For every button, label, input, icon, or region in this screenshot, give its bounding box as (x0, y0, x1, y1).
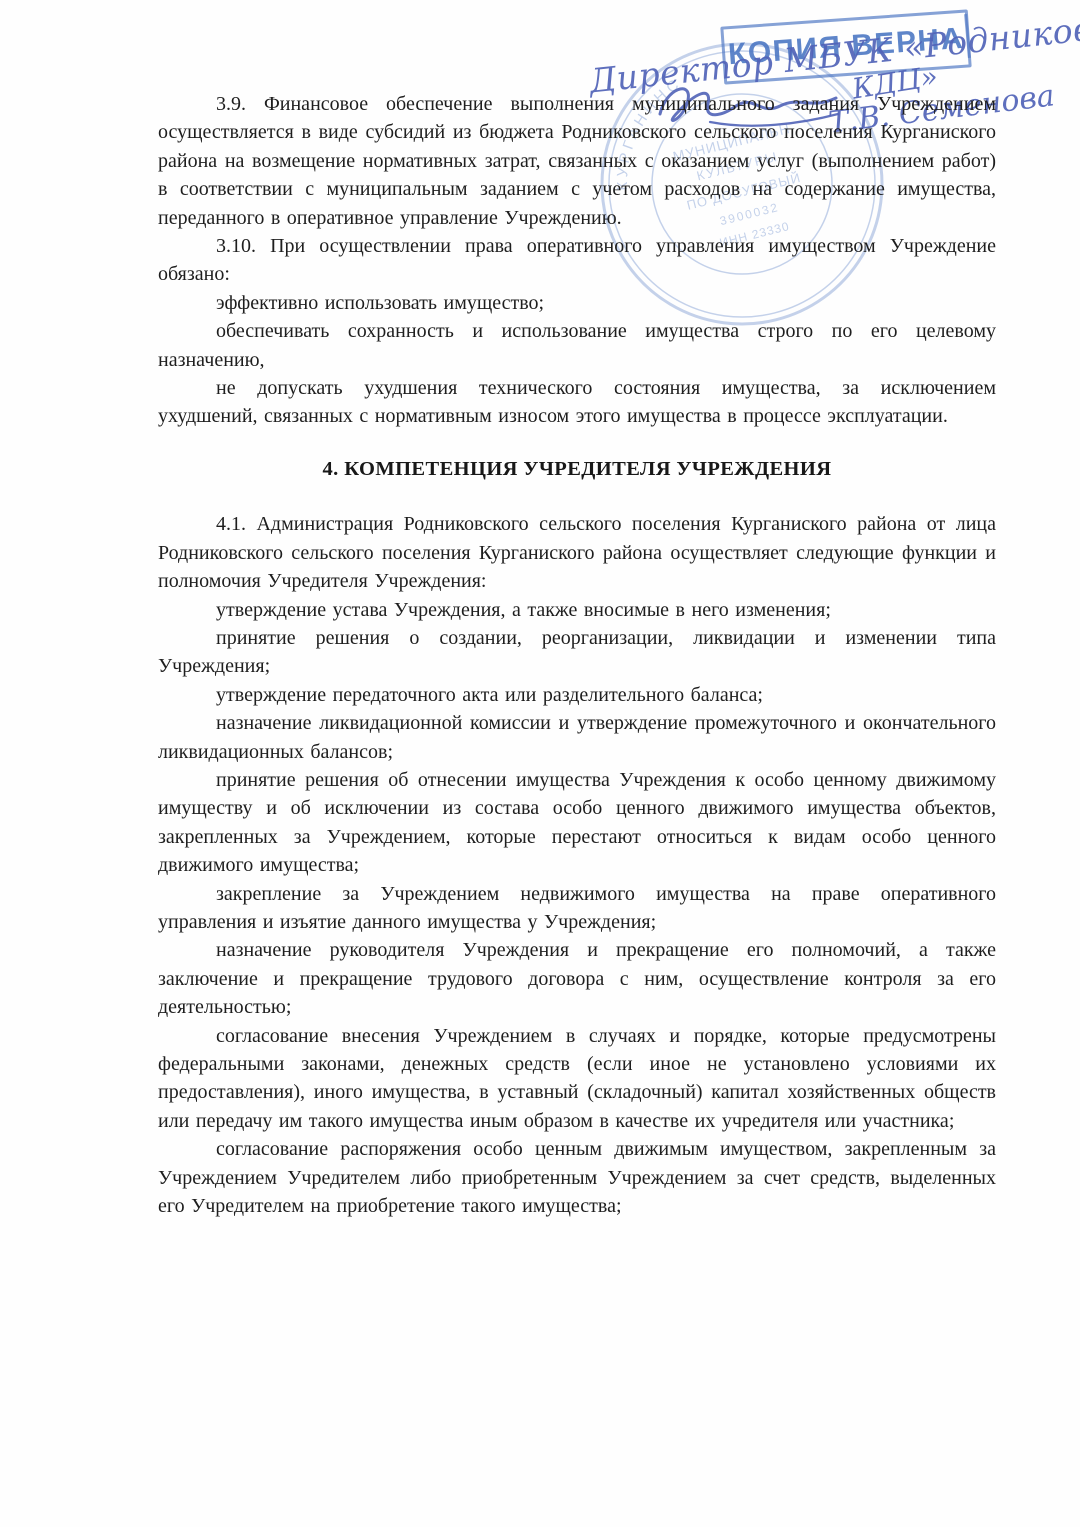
list-item-4-1-3: утверждение передаточного акта или разде… (158, 681, 996, 709)
paragraph-3-10: 3.10. При осуществлении права оперативно… (158, 232, 996, 289)
list-item-3-10-1: эффективно использовать имущество; (158, 289, 996, 317)
list-item-3-10-2: обеспечивать сохранность и использование… (158, 317, 996, 374)
list-item-3-10-3: не допускать ухудшения технического сост… (158, 374, 996, 431)
document-body: 3.9. Финансовое обеспечение выполнения м… (158, 90, 996, 1220)
list-item-4-1-9: согласование распоряжения особо ценным д… (158, 1135, 996, 1220)
list-item-4-1-4: назначение ликвидационной комиссии и утв… (158, 709, 996, 766)
paragraph-3-9: 3.9. Финансовое обеспечение выполнения м… (158, 90, 996, 232)
list-item-4-1-6: закрепление за Учреждением недвижимого и… (158, 880, 996, 937)
list-item-4-1-2: принятие решения о создании, реорганизац… (158, 624, 996, 681)
scanned-document-page: КУРГАНИНС МУНИЦИПАЛЬН КУЛЬТУРЫ ПО ДОСУГО… (0, 0, 1080, 1527)
paragraph-4-1: 4.1. Администрация Родниковского сельско… (158, 510, 996, 595)
section-4-heading: 4. КОМПЕТЕНЦИЯ УЧРЕДИТЕЛЯ УЧРЕЖДЕНИЯ (158, 455, 996, 483)
list-item-4-1-1: утверждение устава Учреждения, а также в… (158, 596, 996, 624)
list-item-4-1-5: принятие решения об отнесении имущества … (158, 766, 996, 880)
list-item-4-1-7: назначение руководителя Учреждения и пре… (158, 936, 996, 1021)
list-item-4-1-8: согласование внесения Учреждением в случ… (158, 1022, 996, 1136)
